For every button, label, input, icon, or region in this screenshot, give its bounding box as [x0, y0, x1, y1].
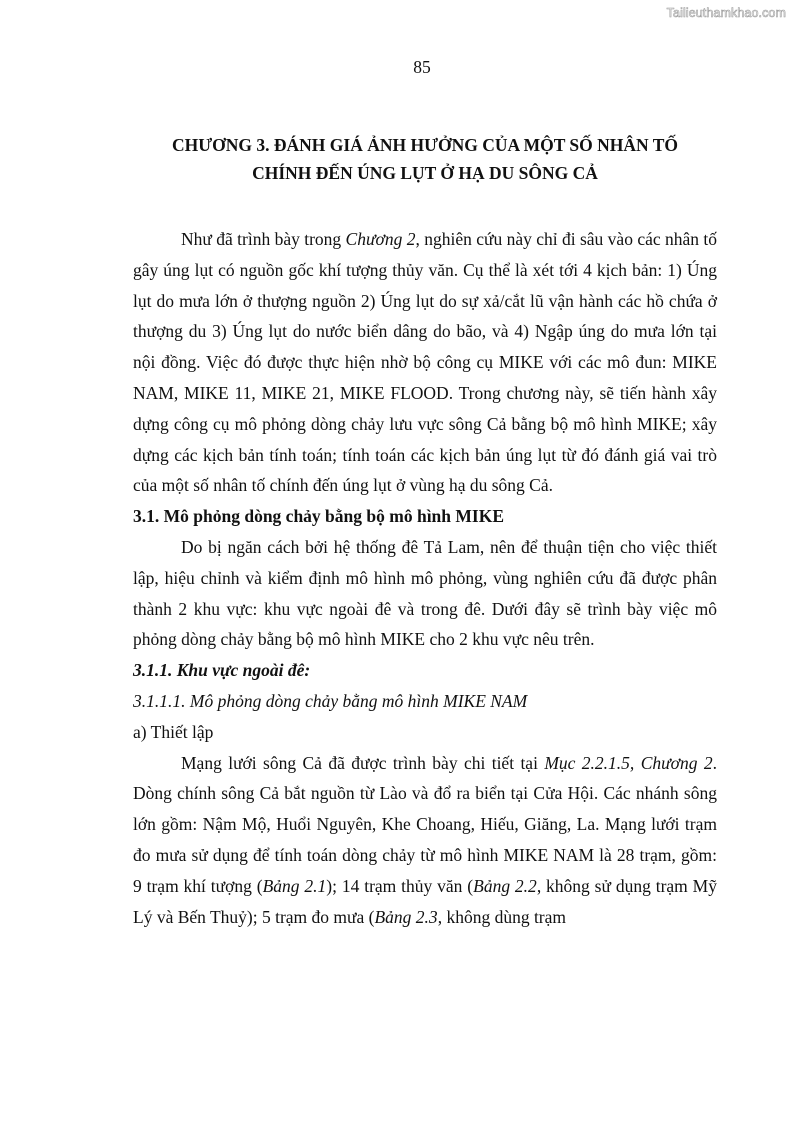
table-reference-2-1: Bảng 2.1 — [263, 876, 327, 896]
setup-text-5: , không dùng trạm — [438, 907, 566, 927]
chapter-title-line-2: CHÍNH ĐẾN ÚNG LỤT Ở HẠ DU SÔNG CẢ — [133, 159, 717, 187]
item-a-heading: a) Thiết lập — [133, 717, 717, 748]
setup-text-3: ); 14 trạm thủy văn ( — [326, 876, 473, 896]
page-number: 85 — [0, 57, 794, 78]
chapter-reference: Chương 2 — [346, 229, 416, 249]
section-heading-3-1-1-1: 3.1.1.1. Mô phỏng dòng chảy bằng mô hình… — [133, 686, 717, 717]
setup-text-2: . Dòng chính sông Cả bắt nguồn từ Lào và… — [133, 753, 717, 896]
setup-text-1: Mạng lưới sông Cả đã được trình bày chi … — [181, 753, 544, 773]
table-reference-2-2: Bảng 2.2 — [473, 876, 537, 896]
section-heading-3-1-1: 3.1.1. Khu vực ngoài đê: — [133, 655, 717, 686]
section-reference: Mục 2.2.1.5, Chương 2 — [544, 753, 712, 773]
chapter-title-line-1: CHƯƠNG 3. ĐÁNH GIÁ ẢNH HƯỞNG CỦA MỘT SỐ … — [133, 131, 717, 159]
intro-text-1: Như đã trình bày trong — [181, 229, 346, 249]
setup-paragraph: Mạng lưới sông Cả đã được trình bày chi … — [133, 748, 717, 933]
intro-text-2: , nghiên cứu này chỉ đi sâu vào các nhân… — [133, 229, 717, 495]
page-content: Như đã trình bày trong Chương 2, nghiên … — [133, 224, 717, 932]
section-3-1-paragraph: Do bị ngăn cách bởi hệ thống đê Tả Lam, … — [133, 532, 717, 655]
section-heading-3-1: 3.1. Mô phỏng dòng chảy bằng bộ mô hình … — [133, 501, 717, 532]
chapter-title: CHƯƠNG 3. ĐÁNH GIÁ ẢNH HƯỞNG CỦA MỘT SỐ … — [133, 131, 717, 187]
watermark: Tailieuthamkhao.com — [667, 6, 786, 20]
intro-paragraph: Như đã trình bày trong Chương 2, nghiên … — [133, 224, 717, 501]
table-reference-2-3: Bảng 2.3 — [374, 907, 437, 927]
